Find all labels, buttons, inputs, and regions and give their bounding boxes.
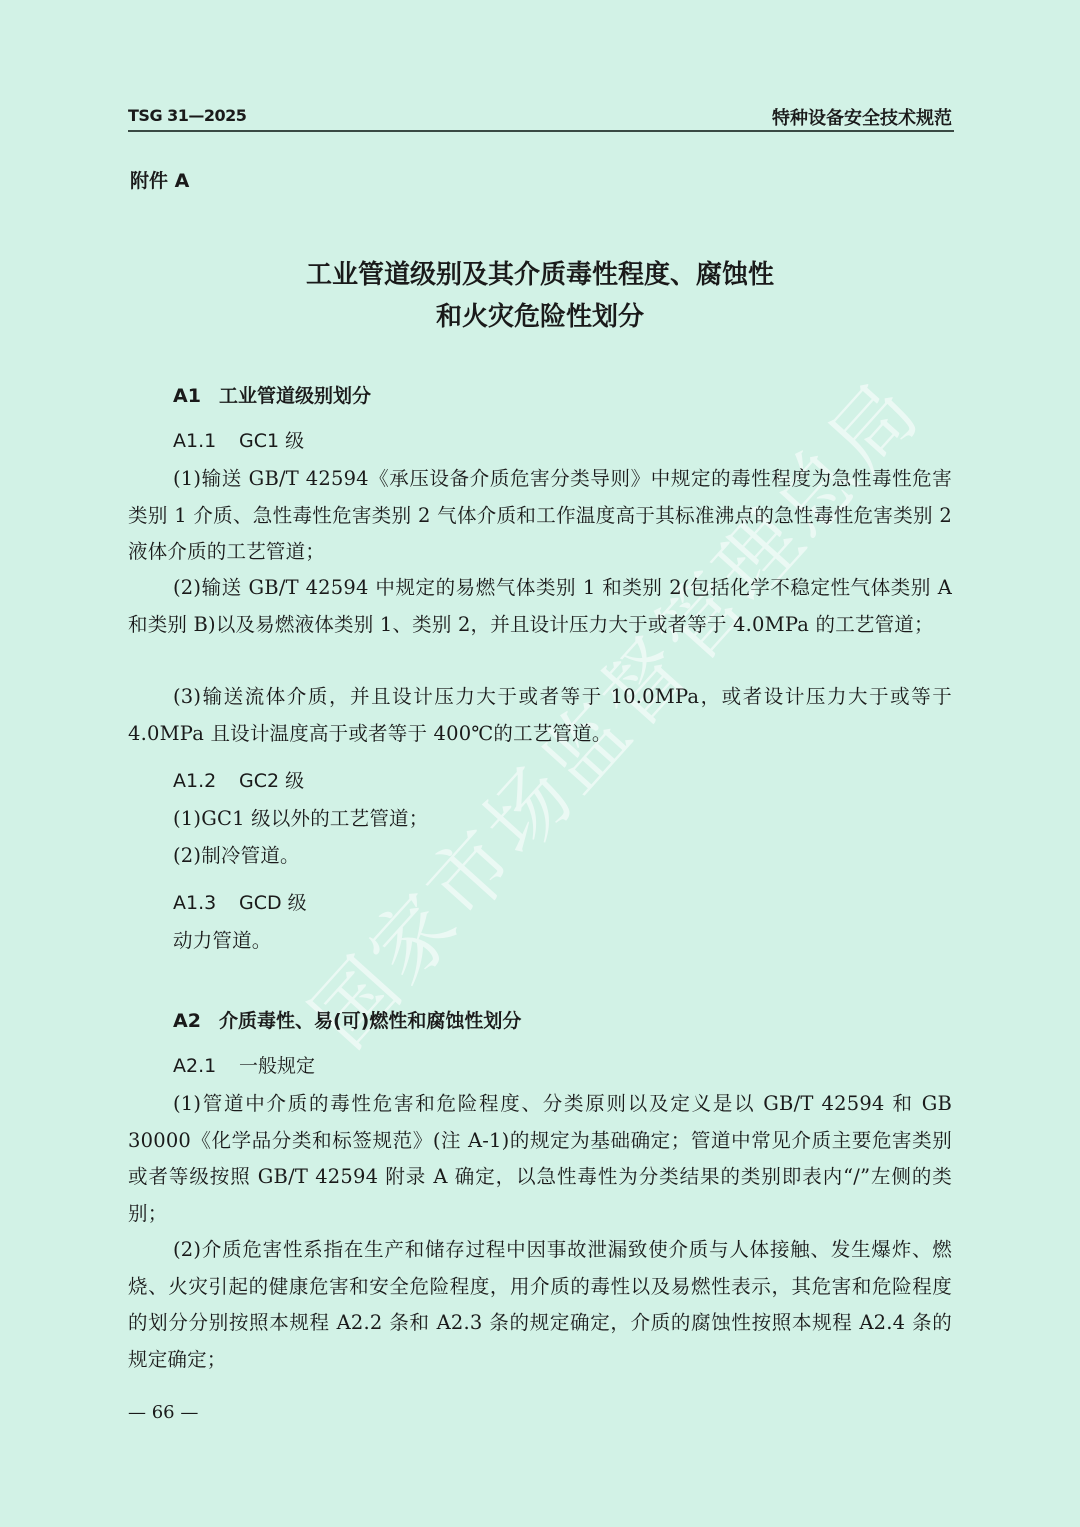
paragraph-a1-2-2: (2)制冷管道。: [173, 838, 953, 875]
doc-title-line1: 工业管道级别及其介质毒性程度、腐蚀性: [0, 254, 1080, 291]
heading-a1-3: A1.3GCD 级: [173, 888, 307, 915]
paragraph-a1-1-2: (2)输送 GB/T 42594 中规定的易燃气体类别 1 和类别 2(包括化学…: [128, 570, 952, 643]
heading-a1-1: A1.1GC1 级: [173, 426, 304, 453]
paragraph-a2-1-1: (1)管道中介质的毒性危害和危险程度、分类原则以及定义是以 GB/T 42594…: [128, 1086, 952, 1232]
heading-a1: A1工业管道级别划分: [173, 381, 371, 408]
page-number: — 66 —: [128, 1402, 198, 1423]
series-title: 特种设备安全技术规范: [772, 104, 952, 130]
standard-code: TSG 31—2025: [128, 106, 246, 125]
paragraph-a1-1-3: (3)输送流体介质，并且设计压力大于或者等于 10.0MPa，或者设计压力大于或…: [128, 679, 952, 752]
heading-a2: A2介质毒性、易(可)燃性和腐蚀性划分: [173, 1006, 521, 1033]
page-header: TSG 31—2025 特种设备安全技术规范: [128, 102, 954, 132]
heading-a1-2: A1.2GC2 级: [173, 766, 304, 793]
heading-a2-1: A2.1一般规定: [173, 1051, 315, 1078]
paragraph-a1-2-1: (1)GC1 级以外的工艺管道；: [173, 801, 953, 838]
doc-title-line2: 和火灾危险性划分: [0, 296, 1080, 333]
paragraph-a1-1-1: (1)输送 GB/T 42594《承压设备介质危害分类导则》中规定的毒性程度为急…: [128, 461, 952, 571]
paragraph-a2-1-2: (2)介质危害性系指在生产和储存过程中因事故泄漏致使介质与人体接触、发生爆炸、燃…: [128, 1232, 952, 1378]
paragraph-a1-3-1: 动力管道。: [173, 923, 953, 960]
annex-label: 附件 A: [130, 166, 189, 193]
